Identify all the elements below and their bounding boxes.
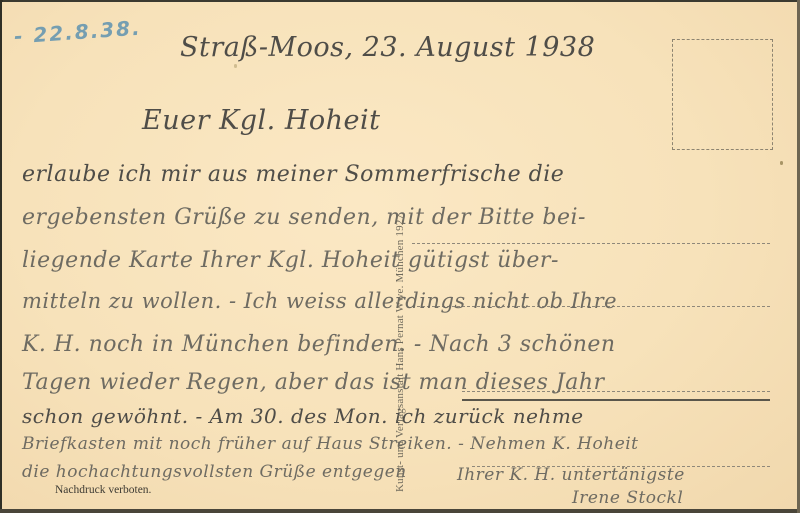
handwritten-line-7: schon gewöhnt. - Am 30. des Mon. ich zur…	[22, 404, 584, 428]
handwritten-line-3: liegende Karte Ihrer Kgl. Hoheit gütigst…	[22, 248, 559, 273]
postcard-back: - 22.8.38. Straß-Moos, 23. August 1938 E…	[2, 2, 798, 509]
postage-stamp-box	[672, 39, 773, 150]
paper-stain	[780, 161, 783, 165]
paper-stain	[234, 64, 237, 68]
handwritten-line-6: Tagen wieder Regen, aber das ist man die…	[22, 370, 605, 395]
handwritten-line-4: mitteln zu wollen. - Ich weiss allerding…	[22, 289, 617, 313]
scan-edge-bottom	[0, 509, 800, 513]
archive-date-stamp: - 22.8.38.	[13, 16, 142, 49]
address-line-1	[412, 243, 770, 244]
handwritten-line-2: ergebensten Grüße zu senden, mit der Bit…	[22, 205, 586, 230]
handwritten-signature: Irene Stockl	[572, 488, 683, 508]
publisher-imprint: Kunst- und Verlagsanstalt Hans Pernat Ww…	[394, 214, 406, 492]
handwritten-line-8: Briefkasten mit noch früher auf Haus Str…	[22, 434, 639, 454]
handwritten-place-date: Straß-Moos, 23. August 1938	[180, 32, 595, 63]
reprint-prohibited-notice: Nachdruck verboten.	[55, 484, 151, 496]
handwritten-salutation: Euer Kgl. Hoheit	[142, 105, 380, 136]
address-underline-rule	[462, 399, 770, 401]
handwritten-line-5: K. H. noch in München befinden. - Nach 3…	[22, 332, 616, 357]
handwritten-line-1: erlaube ich mir aus meiner Sommerfrische…	[22, 162, 564, 187]
handwritten-line-9: die hochachtungsvollsten Grüße entgegen	[22, 462, 407, 482]
handwritten-closing: Ihrer K. H. untertänigste	[457, 465, 685, 485]
